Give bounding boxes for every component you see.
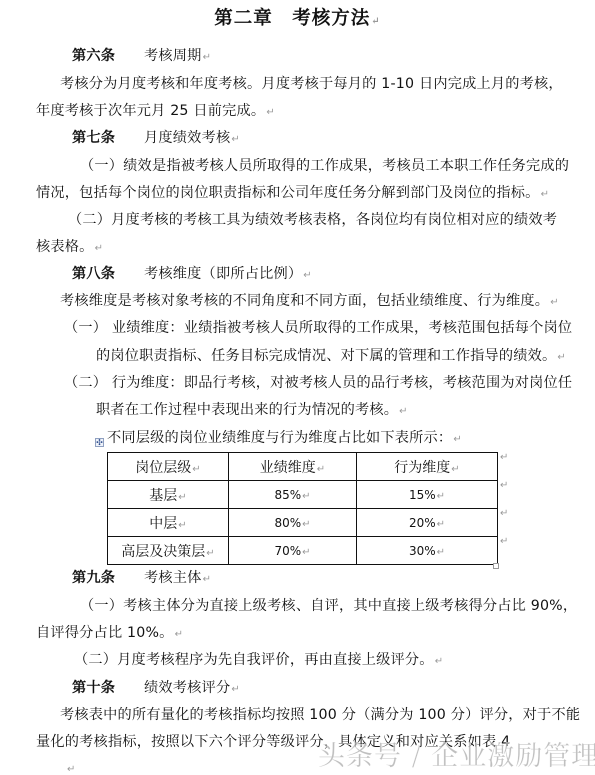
article-title: 月度绩效考核	[144, 130, 230, 146]
article-7-line-2: 情况，包括每个岗位的岗位职责指标和公司年度任务分解到部门及岗位的指标。↵	[36, 183, 549, 205]
article-8-heading: 第八条考核维度（即所占比例）↵	[72, 264, 312, 286]
article-10-line-1: 考核表中的所有量化的考核指标均按照 100 分（满分为 100 分）评分，对于不…	[60, 705, 580, 725]
table-caption: 不同层级的岗位业绩维度与行为维度占比如下表所示：↵	[107, 428, 462, 450]
article-7-line-4: 核表格。↵	[36, 237, 103, 259]
article-number: 第七条	[72, 128, 144, 148]
table-row: 高层及决策层↵ 70%↵ 30%↵	[108, 537, 498, 565]
article-6-line-2: 年度考核于次年元月 25 日前完成。↵	[36, 101, 275, 123]
article-title: 考核主体	[144, 570, 202, 586]
article-9-line-3: （二）月度考核程序为先自我评价，再由直接上级评分。↵	[74, 650, 443, 672]
article-8-line-1: 考核维度是考核对象考核的不同角度和不同方面，包括业绩维度、行为维度。↵	[60, 291, 559, 313]
header-cell[interactable]: 行为维度↵	[357, 453, 498, 481]
article-title: 考核维度（即所占比例）	[144, 266, 302, 282]
article-10-heading: 第十条绩效考核评分↵	[72, 678, 240, 700]
article-8-line-5: 职者在工作过程中表现出来的行为情况的考核。↵	[96, 400, 408, 422]
article-title: 考核周期	[144, 48, 202, 64]
row-end-mark: ↵	[500, 508, 508, 519]
article-number: 第八条	[72, 264, 144, 284]
table-cell[interactable]: 中层↵	[108, 509, 229, 537]
article-7-line-3: （二）月度考核的考核工具为绩效考核表格，各岗位均有岗位相对应的绩效考	[68, 210, 557, 230]
chapter-title: 第二章 考核方法↵	[0, 6, 595, 35]
article-9-line-2: 自评得分占比 10%。↵	[36, 623, 183, 645]
article-7-line-1: （一）绩效是指被考核人员所取得的工作成果，考核员工本职工作任务完成的	[80, 156, 569, 176]
empty-paragraph: ↵	[66, 758, 76, 775]
row-end-mark: ↵	[500, 452, 508, 463]
article-6-heading: 第六条考核周期↵	[72, 46, 211, 68]
table-cell[interactable]: 15%↵	[357, 481, 498, 509]
table-row: 中层↵ 80%↵ 20%↵	[108, 509, 498, 537]
article-8-line-3: 的岗位职责指标、任务目标完成情况、对下属的管理和工作指导的绩效。↵	[96, 346, 566, 368]
dimension-ratio-table: 岗位层级↵ 业绩维度↵ 行为维度↵ 基层↵ 85%↵ 15%↵ 中层↵ 80%↵…	[107, 452, 498, 565]
table-cell[interactable]: 基层↵	[108, 481, 229, 509]
article-8-line-4: （二） 行为维度：即品行考核，对被考核人员的品行考核，考核范围为对岗位任	[64, 373, 572, 393]
header-cell[interactable]: 岗位层级↵	[108, 453, 229, 481]
header-cell[interactable]: 业绩维度↵	[229, 453, 357, 481]
table-move-icon[interactable]: ✣	[95, 438, 104, 447]
table-header-row: 岗位层级↵ 业绩维度↵ 行为维度↵	[108, 453, 498, 481]
table-cell[interactable]: 20%↵	[357, 509, 498, 537]
article-number: 第六条	[72, 46, 144, 66]
article-9-line-1: （一）考核主体分为直接上级考核、自评，其中直接上级考核得分占比 90%，	[80, 596, 577, 616]
article-7-heading: 第七条月度绩效考核↵	[72, 128, 240, 150]
table-cell[interactable]: 30%↵	[357, 537, 498, 565]
article-9-heading: 第九条考核主体↵	[72, 568, 211, 590]
table-resize-handle[interactable]	[493, 563, 499, 569]
article-8-line-2: （一） 业绩维度：业绩指被考核人员所取得的工作成果，考核范围包括每个岗位	[64, 318, 572, 338]
table-cell[interactable]: 80%↵	[229, 509, 357, 537]
table-cell[interactable]: 70%↵	[229, 537, 357, 565]
table-cell[interactable]: 高层及决策层↵	[108, 537, 229, 565]
article-6-line-1: 考核分为月度考核和年度考核。月度考核于每月的 1-10 日内完成上月的考核，	[60, 74, 563, 94]
row-end-mark: ↵	[500, 536, 508, 547]
table-row: 基层↵ 85%↵ 15%↵	[108, 481, 498, 509]
table-cell[interactable]: 85%↵	[229, 481, 357, 509]
row-end-mark: ↵	[500, 480, 508, 491]
article-number: 第九条	[72, 568, 144, 588]
watermark: 头条号 / 企业激励管理	[318, 734, 595, 773]
article-title: 绩效考核评分	[144, 680, 230, 696]
article-number: 第十条	[72, 678, 144, 698]
